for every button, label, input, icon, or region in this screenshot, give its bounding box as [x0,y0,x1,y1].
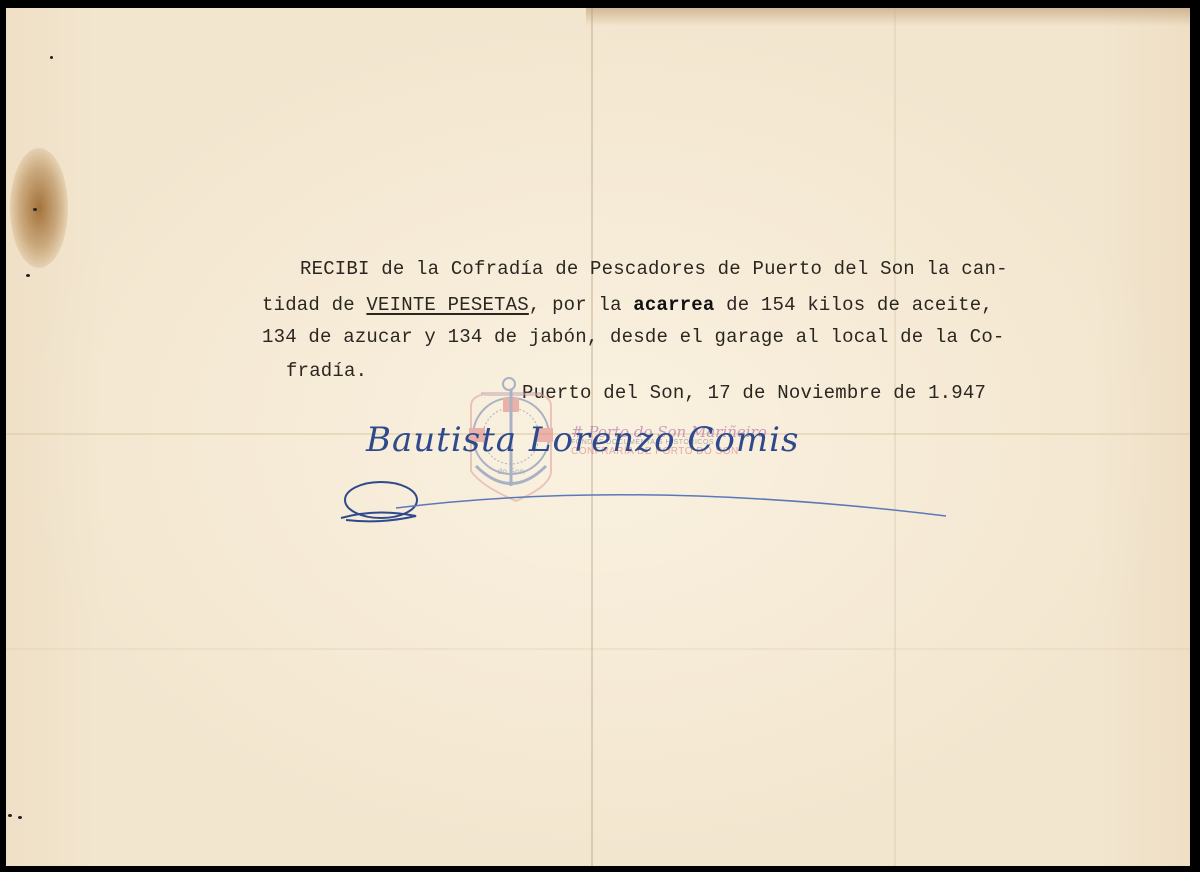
body-text: de 154 kilos de aceite, [715,294,993,316]
place-date-text: Puerto del Son, 17 de Noviembre de 1.947 [522,382,986,404]
body-line-1: RECIBI de la Cofradía de Pescadores de P… [300,258,1008,280]
amount-text: VEINTE PESETAS [366,294,528,316]
handwritten-signature: Bautista Lorenzo Comis [366,420,799,460]
ink-speck [18,816,22,819]
place-date: Puerto del Son, 17 de Noviembre de 1.947 [522,382,986,404]
body-text: 134 de azucar y 134 de jabón, desde el g… [262,326,1005,348]
fold-line-horizontal [6,648,1190,650]
body-text: tidad de [262,294,366,316]
body-line-4: fradía. [286,360,367,382]
signature-rubric-icon [336,478,956,538]
body-text: , por la [529,294,633,316]
document-sheet: RECIBI de la Cofradía de Pescadores de P… [6,8,1190,866]
body-line-3: 134 de azucar y 134 de jabón, desde el g… [262,326,1005,348]
fold-line-vertical [894,8,896,866]
body-text: RECIBI de la Cofradía de Pescadores de P… [300,258,1008,280]
body-text: fradía. [286,360,367,382]
ink-speck [26,274,30,277]
water-stain [10,148,68,268]
ink-speck [8,814,12,817]
typed-body: RECIBI de la Cofradía de Pescadores de P… [6,8,52,162]
svg-text:do Son: do Son [497,467,525,476]
body-line-2: tidad de VEINTE PESETAS, por la acarrea … [262,294,993,316]
ink-speck [33,208,37,211]
edge-stain [586,8,1190,26]
struck-word: acarrea [633,294,714,316]
